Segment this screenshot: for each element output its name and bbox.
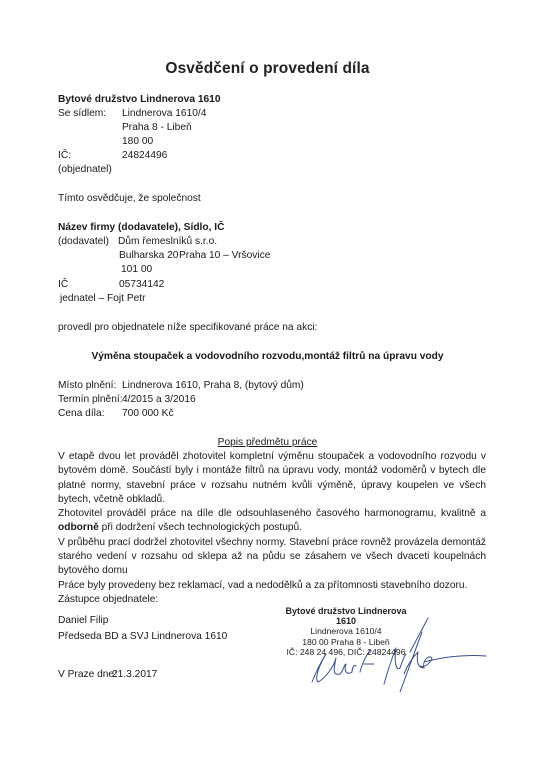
client-address-line-1: Lindnerova 1610/4 (122, 107, 206, 120)
date-value: 21.3.2017 (112, 668, 157, 681)
description-paragraph-1: V etapě dvou let prováděl zhotovitel kom… (58, 450, 486, 507)
description-body: V etapě dvou let prováděl zhotovitel kom… (58, 450, 486, 607)
supplier-role: (dodavatel) (58, 235, 109, 248)
client-role: (objednatel) (58, 163, 112, 176)
detail-value-price: 700 000 Kč (122, 407, 174, 420)
detail-label-place: Místo plnění: (58, 379, 116, 392)
supplier-city: Praha 10 – Vršovice (179, 249, 270, 262)
supplier-representative: jednatel – Fojt Petr (60, 292, 146, 305)
document-title: Osvědčení o provedení díla (0, 60, 535, 78)
certify-text: Tímto osvědčuje, že společnost (58, 192, 201, 205)
detail-value-term: 4/2015 a 3/2016 (122, 393, 196, 406)
supplier-ico: 05734142 (119, 278, 164, 291)
client-seat-label: Se sídlem: (58, 107, 106, 120)
client-ico: 24824496 (122, 149, 167, 162)
supplier-zip: 101 00 (121, 263, 152, 276)
handwritten-signature (300, 612, 490, 692)
description-p2-bold: odborně (58, 522, 99, 533)
description-heading: Popis předmětu práce (0, 436, 535, 449)
date-label: V Praze dne: (58, 668, 117, 681)
project-title: Výměna stoupaček a vodovodního rozvodu,m… (0, 350, 535, 363)
description-paragraph-5: Zástupce objednatele: (58, 593, 486, 607)
client-address-line-3: 180 00 (122, 135, 153, 148)
detail-label-price: Cena díla: (58, 407, 104, 420)
document-page: Osvědčení o provedení díla Bytové družst… (0, 0, 535, 767)
client-address-line-2: Praha 8 - Libeň (122, 121, 192, 134)
client-name: Bytové družstvo Lindnerova 1610 (58, 93, 220, 106)
supplier-ico-label: IČ (58, 278, 68, 291)
description-p2-end: při dodržení všech technologických postu… (99, 522, 302, 533)
description-paragraph-3: V průběhu prací dodržel zhotovitel všech… (58, 536, 486, 579)
performed-text: provedl pro objednatele níže specifikova… (58, 321, 317, 334)
supplier-street: Bulharska 20 (119, 249, 178, 262)
description-paragraph-4: Práce byly provedeny bez reklamací, vad … (58, 579, 486, 593)
signatory-name: Daniel Filip (58, 614, 108, 627)
detail-value-place: Lindnerova 1610, Praha 8, (bytový dům) (122, 379, 304, 392)
detail-label-term: Termín plnění: (58, 393, 123, 406)
supplier-name: Dům řemeslníků s.r.o. (118, 235, 217, 248)
signatory-position: Předseda BD a SVJ Lindnerova 1610 (58, 630, 227, 643)
client-ico-label: IČ: (58, 149, 71, 162)
supplier-heading: Název firmy (dodavatele), Sídlo, IČ (58, 221, 224, 234)
description-paragraph-2: Zhotovitel prováděl práce na díle dle od… (58, 507, 486, 536)
description-p2-start: Zhotovitel prováděl práce na díle dle od… (58, 508, 486, 519)
